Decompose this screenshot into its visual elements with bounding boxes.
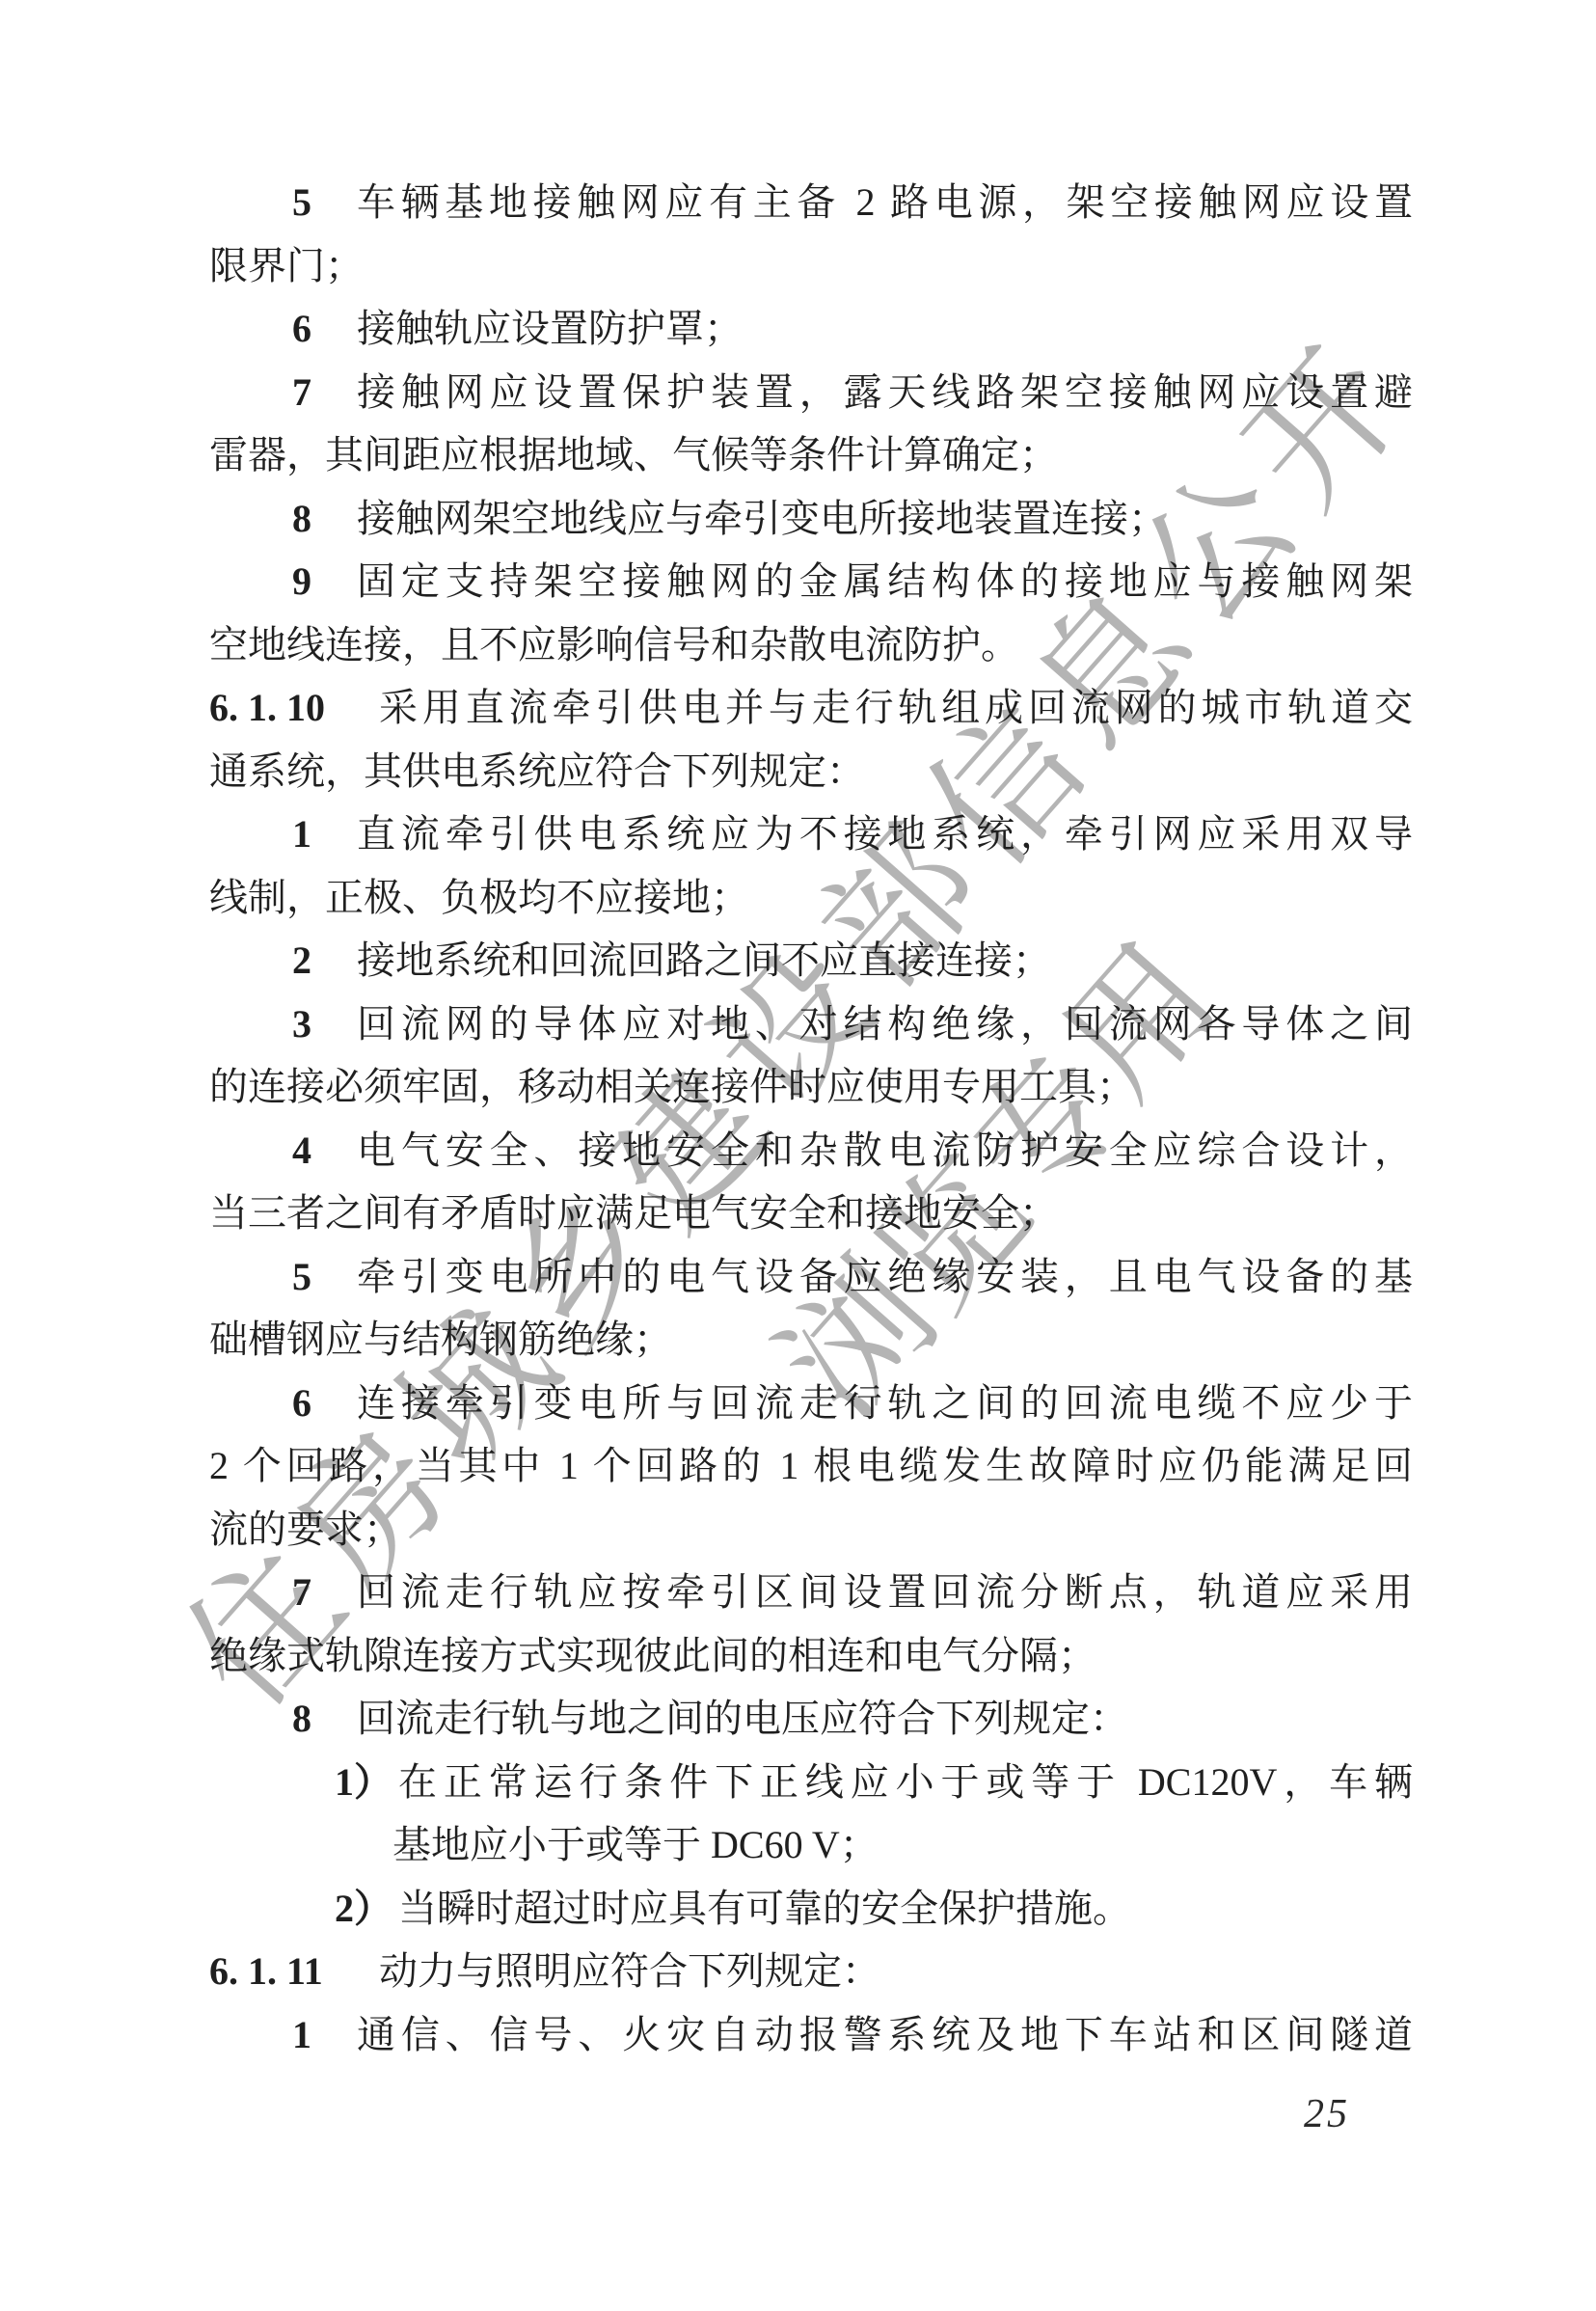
clause-number: 5	[292, 171, 357, 234]
clause-line: 线制，正极、负极均不应接地；	[209, 866, 1413, 930]
clause-text-block: 5车辆基地接触网应有主备 2 路电源，架空接触网应设置限界门；6接触轨应设置防护…	[209, 171, 1413, 2066]
clause-line: 8接触网架空地线应与牵引变电所接地装置连接；	[209, 487, 1413, 551]
clause-number: 7	[292, 1561, 357, 1624]
clause-line: 空地线连接，且不应影响信号和杂散电流防护。	[209, 613, 1413, 677]
clause-text: 电气安全、接地安全和杂散电流防护安全应综合设计，	[357, 1119, 1413, 1183]
clause-number: 3	[292, 992, 357, 1056]
document-page: 住房城乡建设部信息公开 浏览专用 5车辆基地接触网应有主备 2 路电源，架空接触…	[0, 0, 1596, 2311]
clause-line: 2 个回路，当其中 1 个回路的 1 根电缆发生故障时应仍能满足回	[209, 1434, 1413, 1498]
clause-text: 接触轨应设置防护罩；	[357, 297, 1413, 361]
clause-number: 6	[292, 297, 357, 361]
clause-number: 9	[292, 550, 357, 613]
clause-line: 6. 1. 10采用直流牵引供电并与走行轨组成回流网的城市轨道交	[209, 676, 1413, 740]
clause-text: 绝缘式轨隙连接方式实现彼此间的相连和电气分隔；	[209, 1624, 1413, 1688]
clause-line: 4电气安全、接地安全和杂散电流防护安全应综合设计，	[209, 1119, 1413, 1183]
clause-number: 2）	[335, 1877, 398, 1941]
clause-text: 2 个回路，当其中 1 个回路的 1 根电缆发生故障时应仍能满足回	[209, 1434, 1413, 1498]
clause-line: 的连接必须牢固，移动相关连接件时应使用专用工具；	[209, 1055, 1413, 1119]
clause-text: 当三者之间有矛盾时应满足电气安全和接地安全；	[209, 1182, 1413, 1245]
clause-line: 5车辆基地接触网应有主备 2 路电源，架空接触网应设置	[209, 171, 1413, 234]
clause-number: 6	[292, 1372, 357, 1435]
clause-line: 基地应小于或等于 DC60 V；	[209, 1813, 1413, 1877]
clause-number: 6. 1. 10	[209, 676, 379, 740]
clause-line: 2接地系统和回流回路之间不应直接连接；	[209, 929, 1413, 992]
clause-text: 固定支持架空接触网的金属结构体的接地应与接触网架	[357, 550, 1413, 613]
clause-number: 2	[292, 929, 357, 992]
clause-text: 接触网应设置保护装置，露天线路架空接触网应设置避	[357, 361, 1413, 424]
clause-number: 8	[292, 1687, 357, 1751]
clause-text: 础槽钢应与结构钢筋绝缘；	[209, 1308, 1413, 1372]
clause-text: 动力与照明应符合下列规定：	[379, 1940, 1413, 2003]
clause-line: 1通信、信号、火灾自动报警系统及地下车站和区间隧道	[209, 2003, 1413, 2067]
clause-text: 连接牵引变电所与回流走行轨之间的回流电缆不应少于	[357, 1372, 1413, 1435]
clause-number: 5	[292, 1245, 357, 1309]
clause-number: 1）	[335, 1751, 398, 1814]
clause-text: 回流走行轨应按牵引区间设置回流分断点，轨道应采用	[357, 1561, 1413, 1624]
clause-line: 通系统，其供电系统应符合下列规定：	[209, 740, 1413, 803]
clause-number: 7	[292, 361, 357, 424]
clause-line: 2）当瞬时超过时应具有可靠的安全保护措施。	[209, 1877, 1413, 1941]
clause-line: 1直流牵引供电系统应为不接地系统，牵引网应采用双导	[209, 802, 1413, 866]
page-number: 25	[1304, 2091, 1350, 2137]
clause-text: 的连接必须牢固，移动相关连接件时应使用专用工具；	[209, 1055, 1413, 1119]
clause-number: 8	[292, 487, 357, 551]
clause-line: 绝缘式轨隙连接方式实现彼此间的相连和电气分隔；	[209, 1624, 1413, 1688]
clause-line: 流的要求；	[209, 1498, 1413, 1562]
clause-line: 1）在正常运行条件下正线应小于或等于 DC120V，车辆	[209, 1751, 1413, 1814]
clause-line: 7回流走行轨应按牵引区间设置回流分断点，轨道应采用	[209, 1561, 1413, 1624]
clause-line: 雷器，其间距应根据地域、气候等条件计算确定；	[209, 423, 1413, 487]
clause-text: 车辆基地接触网应有主备 2 路电源，架空接触网应设置	[357, 171, 1413, 234]
clause-number: 1	[292, 802, 357, 866]
clause-line: 限界门；	[209, 234, 1413, 298]
clause-number: 4	[292, 1119, 357, 1183]
clause-text: 在正常运行条件下正线应小于或等于 DC120V，车辆	[398, 1751, 1413, 1814]
clause-text: 限界门；	[209, 234, 1413, 298]
clause-text: 空地线连接，且不应影响信号和杂散电流防护。	[209, 613, 1413, 677]
clause-text: 通系统，其供电系统应符合下列规定：	[209, 740, 1413, 803]
clause-text: 接地系统和回流回路之间不应直接连接；	[357, 929, 1413, 992]
clause-line: 9固定支持架空接触网的金属结构体的接地应与接触网架	[209, 550, 1413, 613]
clause-line: 当三者之间有矛盾时应满足电气安全和接地安全；	[209, 1182, 1413, 1245]
clause-text: 牵引变电所中的电气设备应绝缘安装，且电气设备的基	[357, 1245, 1413, 1309]
clause-text: 直流牵引供电系统应为不接地系统，牵引网应采用双导	[357, 802, 1413, 866]
clause-line: 7接触网应设置保护装置，露天线路架空接触网应设置避	[209, 361, 1413, 424]
clause-line: 8回流走行轨与地之间的电压应符合下列规定：	[209, 1687, 1413, 1751]
clause-line: 6连接牵引变电所与回流走行轨之间的回流电缆不应少于	[209, 1372, 1413, 1435]
clause-text: 采用直流牵引供电并与走行轨组成回流网的城市轨道交	[379, 676, 1413, 740]
clause-line: 6接触轨应设置防护罩；	[209, 297, 1413, 361]
clause-number: 6. 1. 11	[209, 1940, 379, 2003]
clause-line: 5牵引变电所中的电气设备应绝缘安装，且电气设备的基	[209, 1245, 1413, 1309]
clause-text: 通信、信号、火灾自动报警系统及地下车站和区间隧道	[357, 2003, 1413, 2067]
clause-line: 6. 1. 11动力与照明应符合下列规定：	[209, 1940, 1413, 2003]
clause-line: 础槽钢应与结构钢筋绝缘；	[209, 1308, 1413, 1372]
clause-number: 1	[292, 2003, 357, 2067]
clause-text: 回流走行轨与地之间的电压应符合下列规定：	[357, 1687, 1413, 1751]
clause-text: 当瞬时超过时应具有可靠的安全保护措施。	[398, 1877, 1413, 1941]
clause-text: 雷器，其间距应根据地域、气候等条件计算确定；	[209, 423, 1413, 487]
clause-text: 线制，正极、负极均不应接地；	[209, 866, 1413, 930]
clause-text: 基地应小于或等于 DC60 V；	[392, 1813, 1413, 1877]
clause-line: 3回流网的导体应对地、对结构绝缘，回流网各导体之间	[209, 992, 1413, 1056]
clause-text: 回流网的导体应对地、对结构绝缘，回流网各导体之间	[357, 992, 1413, 1056]
clause-text: 流的要求；	[209, 1498, 1413, 1562]
clause-text: 接触网架空地线应与牵引变电所接地装置连接；	[357, 487, 1413, 551]
